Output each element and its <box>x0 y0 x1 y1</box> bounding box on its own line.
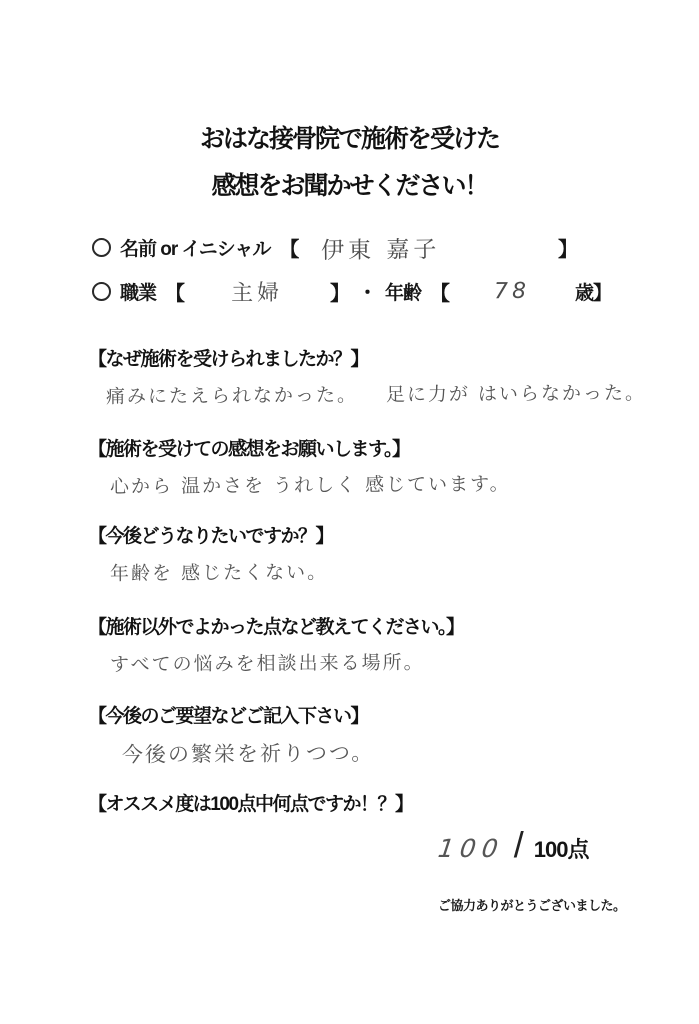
thanks-note: ご協力ありがとうございました。 <box>438 895 608 914</box>
name-label: 名前 or イニシャル <box>120 234 270 261</box>
title-line-2: 感想をお聞かせください！ <box>0 163 699 210</box>
section-reason: 【なぜ施術を受けられましたか？】 痛みにたえられなかった。 足に力が はいらなか… <box>88 344 656 407</box>
open-bracket: 【 <box>165 277 184 306</box>
separator-dot: ・ <box>358 278 376 305</box>
age-value: 78 <box>458 278 566 304</box>
section-reason-heading: 【なぜ施術を受けられましたか？】 <box>88 344 656 371</box>
age-suffix: 歳】 <box>575 278 611 305</box>
page-title: おはな接骨院で施術を受けた 感想をお聞かせください！ <box>0 116 699 210</box>
answer-part-2: 足に力が はいらなかった。 <box>386 378 646 407</box>
answer-part-1: 痛みにたえられなかった。 <box>106 380 358 409</box>
section-future-goal: 【今後どうなりたいですか？】 年齢を 感じたくない。 <box>88 521 656 584</box>
section-other-good-points-heading: 【施術以外でよかった点など教えてください。】 <box>88 612 656 639</box>
section-future-goal-answer: 年齢を 感じたくない。 <box>88 555 656 586</box>
section-impression: 【施術を受けての感想をお願いします。】 心から 温かさを うれしく 感じています… <box>88 434 656 497</box>
score-max-label: 100点 <box>534 833 589 864</box>
title-line-1: おはな接骨院で施術を受けた <box>0 116 699 163</box>
occupation-label: 職業 <box>120 278 156 305</box>
name-row: 名前 or イニシャル 【 伊東 嘉子 】 <box>92 231 577 264</box>
section-impression-heading: 【施術を受けての感想をお願いします。】 <box>88 434 656 461</box>
section-requests-heading: 【今後のご要望などご記入下さい】 <box>88 701 656 728</box>
name-value: 伊東 嘉子 <box>307 230 549 266</box>
occupation-value: 主婦 <box>193 275 321 307</box>
section-reason-answer: 痛みにたえられなかった。 足に力が はいらなかった。 <box>88 378 646 409</box>
section-requests-answer: 今後の繁栄を祈りつつ。 <box>88 735 656 769</box>
section-other-good-points: 【施術以外でよかった点など教えてください。】 すべての悩みを相談出来る場所。 <box>88 612 656 675</box>
open-bracket: 【 <box>279 233 298 262</box>
section-other-good-points-answer: すべての悩みを相談出来る場所。 <box>88 646 656 677</box>
circle-bullet-icon <box>92 282 111 301</box>
occupation-age-row: 職業 【 主婦 】 ・ 年齢 【 78 歳】 <box>92 276 657 307</box>
open-bracket: 【 <box>430 277 449 306</box>
score-value: 100 <box>433 834 508 863</box>
age-label: 年齢 <box>385 278 421 305</box>
score-row: 100 / 100点 <box>438 830 608 864</box>
close-bracket: 】 <box>330 277 349 306</box>
section-future-goal-heading: 【今後どうなりたいですか？】 <box>88 521 656 548</box>
close-bracket: 】 <box>558 233 577 262</box>
section-requests: 【今後のご要望などご記入下さい】 今後の繁栄を祈りつつ。 <box>88 701 656 767</box>
questionnaire-document: おはな接骨院で施術を受けた 感想をお聞かせください！ 名前 or イニシャル 【… <box>0 0 699 1024</box>
score-slash: / <box>514 830 524 860</box>
circle-bullet-icon <box>92 238 111 257</box>
section-impression-answer: 心から 温かさを うれしく 感じています。 <box>88 468 656 499</box>
score-section-heading: 【オススメ度は100点中何点ですか！？】 <box>88 789 413 816</box>
